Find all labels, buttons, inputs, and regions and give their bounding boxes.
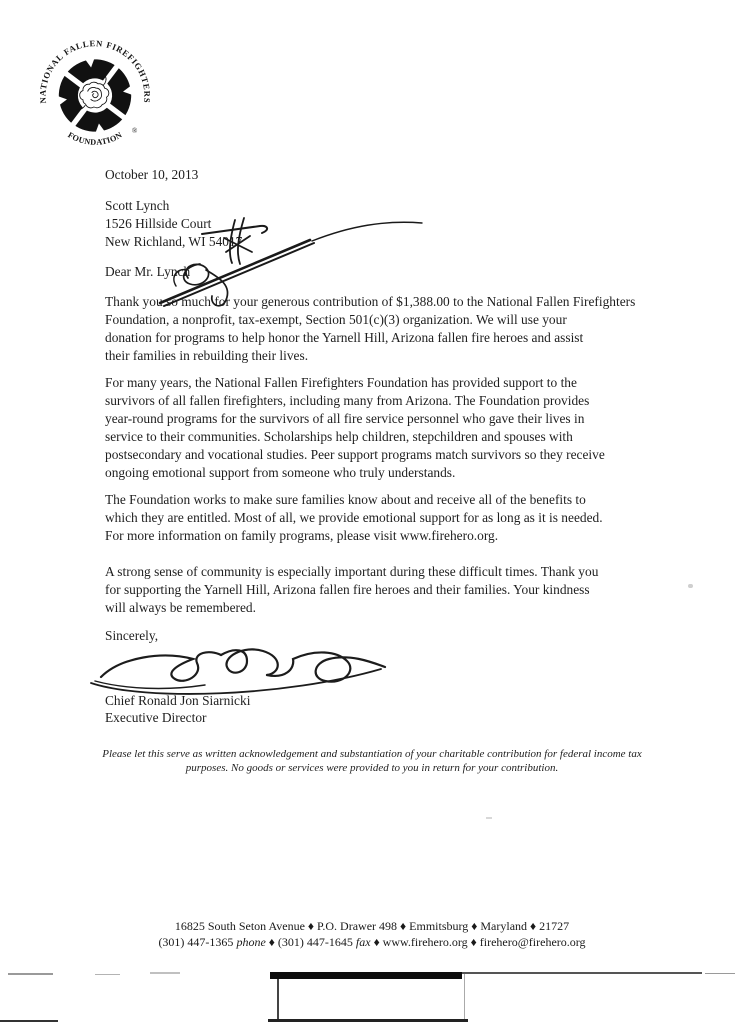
scanned-letter-page: NATIONAL FALLEN FIREFIGHTERS FOUNDATION … — [0, 0, 744, 1024]
footer-fax-label: fax — [356, 935, 371, 949]
paragraph-1: Thank you so much for your generous cont… — [105, 293, 705, 365]
paragraph-2: For many years, the National Fallen Fire… — [105, 374, 705, 482]
scan-artifact-speck — [486, 817, 492, 819]
svg-text:FOUNDATION: FOUNDATION — [66, 130, 124, 147]
footer-phone-label: phone — [236, 935, 265, 949]
signer-name: Chief Ronald Jon Siarnicki — [105, 692, 250, 710]
tax-disclaimer: Please let this serve as written acknowl… — [12, 748, 732, 775]
scan-artifact-speck — [688, 584, 693, 588]
scan-artifact-dash — [8, 973, 53, 975]
scan-artifact-line — [0, 1020, 58, 1022]
scan-artifact-dash — [95, 974, 120, 975]
scan-artifact-box — [277, 974, 465, 1022]
footer-fax-number: ♦ (301) 447-1645 — [266, 935, 356, 949]
scan-artifact-dash — [150, 972, 180, 974]
footer-web-email: ♦ www.firehero.org ♦ firehero@firehero.o… — [371, 935, 586, 949]
scan-artifact-line — [462, 972, 702, 974]
footer-address-line: 16825 South Seton Avenue ♦ P.O. Drawer 4… — [12, 919, 732, 934]
paragraph-4: A strong sense of community is especiall… — [105, 563, 705, 617]
signer-title: Executive Director — [105, 709, 207, 727]
registered-trademark-symbol: ® — [132, 127, 138, 135]
maltese-cross-icon — [53, 54, 136, 137]
paragraph-3: The Foundation works to make sure famili… — [105, 491, 705, 545]
scan-artifact-line — [268, 1019, 468, 1022]
logo-bottom-arc-text: FOUNDATION — [66, 130, 124, 147]
footer-contact-line: (301) 447-1365 phone ♦ (301) 447-1645 fa… — [12, 935, 732, 950]
nfff-foundation-logo-icon: NATIONAL FALLEN FIREFIGHTERS FOUNDATION … — [29, 33, 161, 158]
letter-date: October 10, 2013 — [105, 166, 198, 184]
scan-artifact-bar — [270, 972, 462, 979]
footer-phone-number: (301) 447-1365 — [158, 935, 236, 949]
scan-artifact-dash — [705, 973, 735, 974]
